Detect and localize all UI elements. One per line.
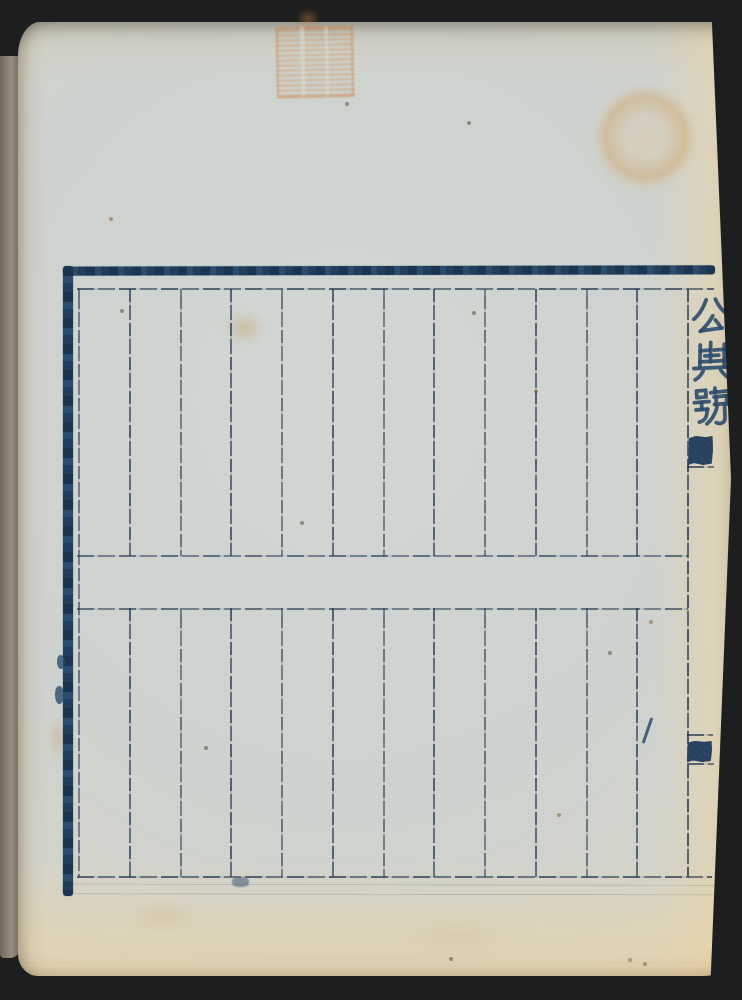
- fishtail-lower-line-bottom: [687, 763, 714, 765]
- paper-speck: [345, 102, 349, 106]
- column-rule: [586, 289, 588, 556]
- seal-smudge-dot: [296, 8, 320, 30]
- fishtail-upper-line: [687, 466, 714, 468]
- register-lower: [78, 608, 687, 877]
- column-rule: [586, 608, 588, 877]
- column-rule: [636, 608, 638, 877]
- column-rule: [433, 608, 435, 877]
- paper-speck: [643, 962, 647, 966]
- column-rule: [535, 289, 537, 556]
- seal-stamp: [275, 25, 354, 99]
- grid-border-bottom: [63, 884, 716, 894]
- column-rule: [281, 289, 283, 556]
- column-rule: [180, 608, 182, 877]
- column-rule: [433, 289, 435, 556]
- fishtail-lower-line-top: [687, 734, 713, 736]
- column-rule: [230, 608, 232, 877]
- column-rule: [129, 608, 131, 877]
- column-rule: [484, 608, 486, 877]
- column-rule: [129, 289, 131, 556]
- banxin-rule: [687, 289, 689, 877]
- paper-speck: [109, 217, 113, 221]
- column-rule: [332, 289, 334, 556]
- scan-stage: 公與號: [0, 0, 742, 1000]
- stain-top-right: [588, 84, 698, 200]
- column-rule: [383, 608, 385, 877]
- grid-border-left: [63, 266, 73, 896]
- column-rule: [383, 289, 385, 556]
- column-rule: [535, 608, 537, 877]
- column-rule: [180, 289, 182, 556]
- grid-border-top: [63, 265, 715, 275]
- stain-bottom-left: [128, 900, 198, 934]
- margin-char-hao: [691, 384, 733, 430]
- paper-speck: [628, 958, 632, 962]
- under-page-edge: [0, 56, 20, 958]
- border-ink-blob: [55, 686, 64, 704]
- column-rule: [230, 289, 232, 556]
- fishtail-lower-block: [687, 741, 712, 762]
- register-upper: [78, 289, 687, 556]
- column-rule: [484, 289, 486, 556]
- border-ink-blob: [57, 655, 65, 669]
- paper-speck: [467, 121, 471, 125]
- paper-speck: [449, 957, 453, 961]
- column-rule: [281, 608, 283, 877]
- bottom-border-smudge: [232, 877, 249, 887]
- column-rule: [636, 289, 638, 556]
- stain-bottom-center: [400, 918, 510, 958]
- fishtail-upper-block: [688, 436, 713, 465]
- column-rule: [332, 608, 334, 877]
